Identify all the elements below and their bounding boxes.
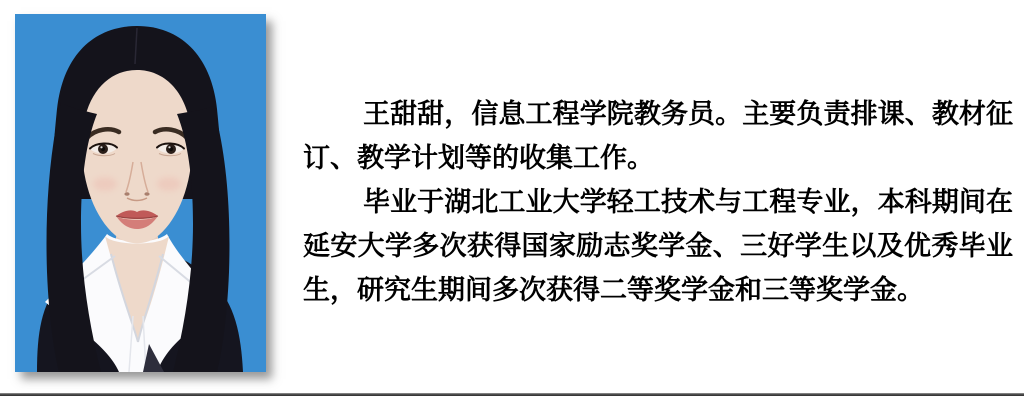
profile-page: { "profile": { "name": "王甜甜", "paragraph… [0, 0, 1024, 404]
right-eye [157, 143, 184, 155]
bio-paragraph-2: 毕业于湖北工业大学轻工技术与工程专业，本科期间在延安大学多次获得国家励志奖学金、… [303, 180, 1013, 312]
bio-text: 王甜甜，信息工程学院教务员。主要负责排课、教材征订、教学计划等的收集工作。 毕业… [303, 92, 1013, 312]
bio-paragraph-1: 王甜甜，信息工程学院教务员。主要负责排课、教材征订、教学计划等的收集工作。 [303, 92, 1013, 180]
bottom-divider [0, 393, 1024, 396]
portrait-photo [15, 14, 266, 372]
portrait-illustration [15, 14, 266, 372]
